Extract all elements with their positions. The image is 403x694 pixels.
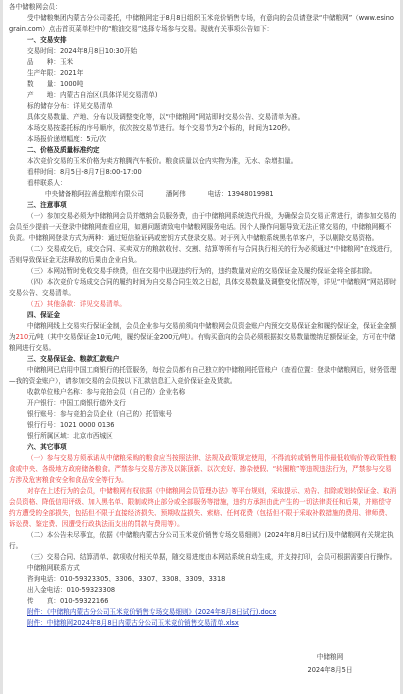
deposit-amount: 210 [16,333,29,341]
section-title-trading-arrangement: 一、交易安排 [9,35,397,46]
other-item-2: （二）本公告未尽事宜，依据《中储粮内蒙古分公司玉米竞价销售专场交易细则》(202… [9,530,397,552]
attachment-link-rules[interactable]: 附件：《中储粮内蒙古分公司玉米竞价销售专场交易细则》(2024年8月8日试行).… [9,607,397,618]
field-production-year: 生产年限：2021年 [9,68,397,79]
document-frame: 各中储粮网会员： 受中储粮集团内蒙古分公司委托，中储粮网定于8月8日组织玉米竞价… [0,0,403,694]
field-details-note: 具体交易数量、产地、分布以及调整变化等，以“中储粮网”网站即时交易公告、交易清单… [9,112,397,123]
field-quantity: 数 量：1000吨 [9,79,397,90]
viewing-contact-row: 中央储备粮阿拉善盘粮库有限公司潘阿伟电话：13948019981 [9,189,397,200]
section-title-accounts: 三、交易保证金、粮款汇款账户 [9,354,397,365]
field-variety: 品 种：玉米 [9,57,397,68]
deposit-text-after: 元/吨（其中交易保证金10元/吨，履约保证金200元/吨）。有购买意向的会员必须… [9,333,395,352]
account-number: 银行账号：参与竞拍会员企业（自己的）托管账号 [9,409,397,420]
note-item-3: （三）本网站暂时免收交易手续费，但在交易中出现违约行为的，违约数量对应的交易保证… [9,266,397,277]
contact-company: 中央储备粮阿拉善盘粮库有限公司 [45,190,144,198]
viewing-contact-label: 看样联系人： [9,178,397,189]
section-title-price-quality: 二、价格及质量标准约定 [9,145,397,156]
fund-phone: 出入金电话：010-59323308 [9,585,397,596]
field-order-note: 本场交易按委托标的序号顺序，依次按交易节进行。每个交易节为2个标的，时间为120… [9,123,397,134]
account-region: 银行所属区域：北京市西城区 [9,431,397,442]
field-origin: 产 地：内蒙古自治区(具体详见交易清单) [9,90,397,101]
account-bank: 开户银行：中国工商银行德外支行 [9,398,397,409]
attachment-link-list[interactable]: 附件：中储粮网2024年8月8日内蒙古分公司玉米竞价销售交易清单.xlsx [9,618,397,629]
note-item-5: （五）其他条款：详见交易清单。 [9,299,397,310]
section-title-deposit: 四、保证金 [9,310,397,321]
fax: 传 真：010-59322166 [9,596,397,607]
intro-paragraph: 受中储粮集团内蒙古分公司委托，中储粮网定于8月8日组织玉米竞价销售专场，有意向的… [9,13,397,35]
signature-date: 2024年8月5日 [295,664,365,674]
field-increment: 本场报价递增幅度：5元/次 [9,134,397,145]
consult-phone: 咨询电话：010-59323305、3306、3307、3308、3309、33… [9,574,397,585]
field-storage: 标的储存分布：详见交易清单 [9,101,397,112]
deposit-paragraph: 中储粮网线上交易实行保证金制，会员企业参与交易前须向中储粮网会员资金账户内预交交… [9,321,397,354]
price-quality-text: 本次竞价交易的玉米价格为卖方粮腾汽车板价。粮食质量以仓内实物为准，无水、杂增扣量… [9,156,397,167]
other-item-1b: 对存在上述行为的会员，中储粮网有权依据《中储粮网会员管理办法》等平台规则，采取提… [9,486,397,530]
greeting: 各中储粮网会员： [9,2,397,13]
section-title-other: 六、其它事项 [9,442,397,453]
section-title-notes: 三、注意事项 [9,200,397,211]
contact-phone: 电话：13948019981 [208,190,274,198]
other-item-3: （三）交易合同、结算清单、款项收付相关单据，随交易进度由本网站系统自动生成，并支… [9,552,397,563]
account-bank-code: 银行行号：1021 0000 0136 [9,420,397,431]
contact-person: 潘阿伟 [166,190,186,198]
viewing-time: 看样时间：8月5日-8月7日8:00-17:00 [9,167,397,178]
note-item-4: （四）本次竞价专场成交合同的履约时间为自交易合同生效之日起，具体交易数量及调整变… [9,277,397,299]
account-name: 收款单位账户名称：参与竞拍会员（自己的）企业名称 [9,387,397,398]
signature-org: 中储粮网 [295,651,365,661]
other-item-1: （一）参与交易方须承诺从中储粮采购的粮食应当按照法律、法规及政策规定使用，不得流… [9,453,397,486]
contact-title: 中储粮网联系方式 [9,563,397,574]
note-item-1: （一）参加交易必须为中储粮网会员并缴纳会员服务费，由于中储粮网系统迭代升级，为确… [9,211,397,244]
field-trading-time: 交易时间：2024年8月8日10:30开始 [9,46,397,57]
accounts-paragraph: 中储粮网已启用中国工商银行的托管服务，每位会员都有自己独立的中储粮网托管账户（查… [9,365,397,387]
note-item-2: （二）交易成交后，成交合同、买卖双方的粮款收付、交割、结算等所有与合同执行相关的… [9,244,397,266]
announcement-body: 各中储粮网会员： 受中储粮集团内蒙古分公司委托，中储粮网定于8月8日组织玉米竞价… [9,2,397,629]
